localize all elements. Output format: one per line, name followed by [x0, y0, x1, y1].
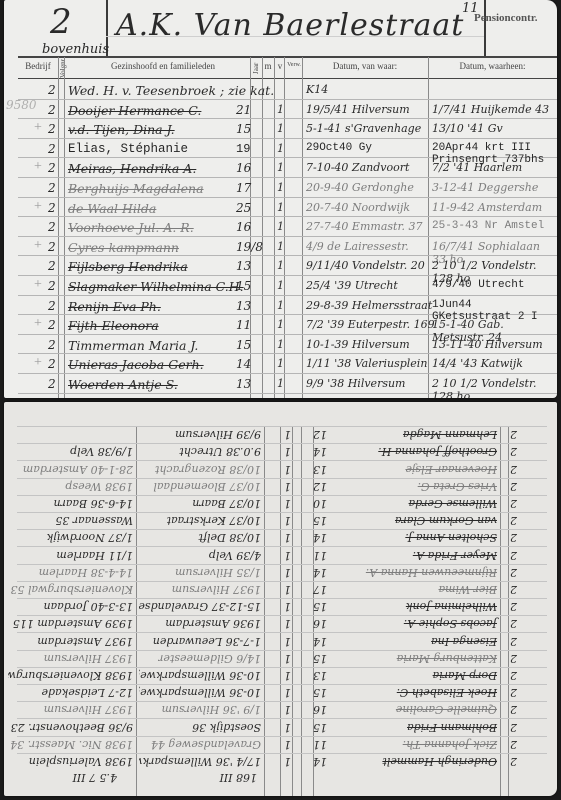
date-to: 11-9-42 Amsterdam: [432, 201, 542, 214]
date-from: 9/9 '38 Hilversum: [306, 377, 406, 390]
resident-name: v.d. Tijen, Dina J.: [68, 122, 175, 137]
date-to: 9/36 Beethovenstr. 23 III: [8, 721, 133, 734]
resident-name: Renijn Eva Ph.: [68, 299, 161, 314]
resident-age: 14: [313, 445, 327, 458]
resident-sex: 1: [284, 514, 291, 527]
column-header-m: m: [262, 61, 274, 71]
resident-age: 13: [313, 463, 327, 476]
resident-sex: 1: [277, 142, 284, 155]
house-floor: bovenhuis: [42, 42, 109, 57]
resident-sex: 1: [284, 600, 291, 613]
row-rule: [17, 460, 547, 461]
grid-line: [262, 57, 263, 398]
column-header-jaar: Jaar: [252, 57, 260, 79]
date-to: 1937 Amsterdam: [37, 635, 133, 648]
resident-count: 2: [48, 161, 56, 175]
resident-sex: 1: [284, 566, 291, 579]
resident-sex: 1: [277, 279, 284, 292]
resident-count: 2: [48, 318, 56, 332]
resident-name: Groothoff Johanna H.: [378, 445, 497, 458]
date-from: 25/4 '39 Utrecht: [306, 279, 398, 292]
date-to: Kloveniersburgwal 53 III: [8, 583, 133, 596]
resident-count: 2: [510, 721, 517, 734]
grid-line: [508, 426, 509, 796]
grid-line: [428, 57, 429, 398]
resident-sex: 1: [277, 299, 284, 312]
resident-age: 13: [236, 299, 251, 313]
back-card-content-upside-down: 2Ouderingh Hammelt14117/4 '36 Willemspar…: [4, 402, 557, 796]
resident-count: 2: [48, 377, 56, 391]
date-to: 1/37 Noordwijk: [47, 531, 133, 544]
resident-age: 14: [313, 755, 327, 768]
resident-count: 2: [510, 463, 517, 476]
resident-name: Willemse Gerda: [409, 497, 497, 510]
row-rule: [18, 118, 557, 119]
cancel-cross-mark: +: [34, 159, 42, 175]
resident-count: 2: [48, 338, 56, 352]
resident-count: 2: [510, 583, 517, 596]
resident-count: 2: [510, 669, 517, 682]
resident-age: 11: [313, 549, 327, 562]
resident-name: Slagmaker Wilhelmina C.H.: [68, 279, 244, 294]
date-from: 15-12-37 Gravelandseweg 46: [139, 600, 261, 613]
resident-name: Dooijer Hermance C.: [68, 103, 201, 118]
resident-name: Hoek Elisabeth C.: [397, 686, 497, 699]
row-rule: [17, 546, 547, 547]
resident-name: Eisenga Ina: [431, 635, 497, 648]
date-from: 20-9-40 Gerdonghe: [306, 181, 414, 194]
date-to: 1937 Hilversum: [44, 703, 133, 716]
resident-name: Berghuijs Magdalena: [68, 181, 204, 196]
date-to: 14/4 '43 Katwijk: [432, 357, 523, 370]
row-rule: [18, 177, 557, 178]
resident-name: de Waal Hilda: [68, 201, 156, 216]
resident-age: 15: [236, 122, 251, 136]
row-rule: [18, 197, 557, 198]
date-from-note: 168 III: [219, 771, 257, 784]
row-rule: [17, 495, 547, 496]
date-to: 1939 Amsterdam 115: [13, 617, 133, 630]
row-rule: [18, 353, 557, 354]
date-from: 1-7-36 Leeuwarden: [153, 635, 261, 648]
date-to: 1/11 Haarlem: [56, 549, 133, 562]
resident-name: Jacobs Sophie A.: [404, 617, 497, 630]
resident-sex: 1: [277, 103, 284, 116]
date-from: 7/2 '39 Euterpestr. 169: [306, 318, 435, 331]
date-to: 7/2 '41 Haarlem: [432, 161, 522, 174]
cancel-cross-mark: +: [34, 316, 42, 332]
row-rule: [17, 736, 547, 737]
grid-line: [292, 426, 293, 796]
resident-count: 2: [48, 240, 56, 254]
header-divider: [484, 0, 486, 56]
date-to: Wassenaar 35: [55, 514, 133, 527]
date-from: 14/6 Gildemeester: [158, 652, 261, 665]
resident-sex: 1: [284, 669, 291, 682]
date-from: 4/9 de Lairessestr.: [306, 240, 409, 253]
cancel-cross-mark: +: [34, 120, 42, 136]
date-from: 1936 Amsterdam: [165, 617, 261, 630]
resident-count: 2: [510, 531, 517, 544]
resident-age: 15: [236, 279, 251, 293]
date-to: 1937 Hilversum: [44, 652, 133, 665]
date-from: 9/11/40 Vondelstr. 20: [306, 259, 425, 272]
resident-count: 2: [510, 738, 517, 751]
resident-age: 16: [313, 617, 327, 630]
resident-name: Fijlsberg Hendrika: [68, 259, 188, 274]
resident-age: 10: [313, 497, 327, 510]
date-to-note: 4.5 7 III: [72, 771, 117, 784]
resident-name: Meyer Frida A.: [413, 549, 497, 562]
resident-name: Meiras, Hendrika A.: [68, 161, 196, 176]
resident-age: 25: [236, 201, 251, 215]
cancel-cross-mark: +: [34, 238, 42, 254]
column-header-verw: Verw.: [285, 62, 303, 68]
row-rule: [17, 718, 547, 719]
row-rule: [18, 373, 557, 374]
resident-name: Fijth Eleonora: [68, 318, 159, 333]
resident-sex: 1: [284, 463, 291, 476]
resident-age: 14: [313, 635, 327, 648]
resident-name: Rijnmeeuwen Hanna A.: [366, 566, 497, 579]
resident-age: 16: [313, 703, 327, 716]
date-to: 1/9/38 Velp: [70, 445, 133, 458]
cancel-cross-mark: +: [34, 199, 42, 215]
row-rule: [17, 564, 547, 565]
date-from: 10/37 Bloemendaal: [153, 480, 261, 493]
date-from: Gravelandseweg 44: [151, 738, 261, 751]
resident-count: 2: [48, 259, 56, 273]
resident-sex: 1: [284, 755, 291, 768]
resident-sex: 1: [284, 703, 291, 716]
resident-count: 2: [48, 122, 56, 136]
row-rule: [17, 701, 547, 702]
resident-count: 2: [510, 514, 517, 527]
resident-sex: 1: [284, 738, 291, 751]
resident-age: 14: [236, 357, 251, 371]
row-rule: [18, 216, 557, 217]
row-rule: [18, 236, 557, 237]
date-to: 12-7 Leidsekade: [41, 686, 133, 699]
resident-sex: 1: [277, 338, 284, 351]
resident-name: Bier Wima: [439, 583, 498, 596]
resident-age: 15: [313, 652, 327, 665]
resident-name: Wilhelmina Jonk: [406, 600, 497, 613]
registration-card-front: 2 bovenhuis A.K. Van Baerlestraat 11 Pen…: [4, 0, 557, 398]
date-to: 1938 Nic. Maesstr. 34: [10, 738, 133, 751]
resident-age: 17: [313, 583, 327, 596]
resident-sex: 1: [277, 240, 284, 253]
row-rule: [17, 667, 547, 668]
row-rule: [18, 99, 557, 100]
resident-name: Hoevenaar Elsje: [405, 463, 497, 476]
resident-sex: 1: [277, 318, 284, 331]
resident-name: Zick Johanna Th.: [403, 738, 497, 751]
cancel-cross-mark: +: [34, 277, 42, 293]
resident-count: 2: [510, 480, 517, 493]
row-rule: [17, 529, 547, 530]
resident-sex: 1: [277, 259, 284, 272]
grid-line: [58, 57, 59, 398]
column-header-datum-van: Datum, van waar:: [304, 61, 426, 71]
date-from: K14: [306, 83, 328, 96]
resident-name: Bohlmann Frida: [407, 721, 497, 734]
resident-sex: 1: [284, 497, 291, 510]
grid-line: [264, 426, 265, 796]
column-header-datum-naar: Datum, waarheen:: [428, 61, 557, 71]
resident-name: Timmerman Maria J.: [68, 338, 198, 353]
resident-age: 14: [313, 531, 327, 544]
resident-sex: 1: [284, 652, 291, 665]
resident-name: Dorp Maria: [433, 669, 497, 682]
row-rule: [17, 684, 547, 685]
resident-count: 2: [48, 220, 56, 234]
date-to: 13-3-40 Jordaan: [44, 600, 133, 613]
resident-sex: 1: [277, 161, 284, 174]
resident-count: 2: [510, 428, 517, 441]
resident-sex: 1: [277, 181, 284, 194]
date-from: 29Oct40 Gy: [306, 142, 372, 154]
date-from: 10-1-39 Hilversum: [306, 338, 410, 351]
date-to: 14-6-36 Baarn: [54, 497, 133, 510]
grid-line: [284, 57, 285, 398]
grid-line: [136, 426, 137, 796]
resident-sex: 1: [284, 721, 291, 734]
date-from: 10/37 Baarn: [192, 497, 261, 510]
date-from: 27-7-40 Emmastr. 37: [306, 220, 422, 233]
resident-age: 15: [313, 721, 327, 734]
grid-line: [280, 426, 281, 796]
resident-name: Quimelle Caroline: [396, 703, 497, 716]
resident-age: 15: [236, 338, 251, 352]
resident-sex: 1: [277, 220, 284, 233]
resident-name: Woerden Antje S.: [68, 377, 178, 392]
resident-name: van Gorkum Clara: [395, 514, 497, 527]
resident-sex: 1: [277, 377, 284, 390]
date-to: 4/9/40 Utrecht: [432, 279, 524, 291]
row-rule: [17, 478, 547, 479]
resident-age: 17: [236, 181, 251, 195]
resident-age: 15: [313, 686, 327, 699]
resident-count: 2: [48, 279, 56, 293]
resident-count: 2: [510, 549, 517, 562]
resident-name: Wed. H. v. Teesenbroek ; zie kat.: [68, 83, 274, 98]
date-from: 1/35 Hilversum: [175, 566, 261, 579]
row-rule: [17, 650, 547, 651]
resident-count: 2: [48, 357, 56, 371]
date-to: 1938 Weesp: [65, 480, 133, 493]
row-rule: [17, 426, 547, 427]
grid-line: [302, 57, 303, 398]
registration-card-back: 2Ouderingh Hammelt14117/4 '36 Willemspar…: [4, 402, 557, 796]
date-from: 1/11 '38 Valeriusplein: [306, 357, 427, 370]
date-to: 3-12-41 Deggershe: [432, 181, 538, 194]
row-rule: [17, 615, 547, 616]
resident-age: 19/8: [236, 240, 263, 254]
date-from: 29-8-39 Helmersstraat: [306, 299, 432, 312]
date-from: 10/37 Kerkstraat: [167, 514, 261, 527]
date-to: 28-1-40 Amsterdam: [23, 463, 133, 476]
resident-age: 19: [236, 142, 250, 156]
date-to: 2 10 1/2 Vondelstr. 128 ho: [432, 377, 557, 398]
resident-name: Unieras Jacoba Gerh.: [68, 357, 204, 372]
date-from: 10-36 Willemsparkweg 149: [139, 669, 261, 682]
date-to: 13-11-40 Hilversum: [432, 338, 543, 351]
pension-control-label: Pensioncontr.: [474, 12, 537, 24]
resident-count: 2: [48, 299, 56, 313]
date-to: 14-4-38 Haarlem: [39, 566, 133, 579]
resident-count: 2: [510, 635, 517, 648]
resident-sex: 1: [277, 122, 284, 135]
resident-sex: 1: [284, 480, 291, 493]
date-from: 4/39 Velp: [209, 549, 261, 562]
resident-count: 2: [48, 201, 56, 215]
date-to: 25-3-43 Nr Amstel: [432, 220, 544, 232]
resident-count: 2: [510, 600, 517, 613]
date-from: 19/5/41 Hilversum: [306, 103, 410, 116]
resident-age: 16: [236, 220, 251, 234]
resident-age: 15: [313, 600, 327, 613]
row-rule: [18, 295, 557, 296]
date-from: 5-1-41 s'Gravenhage: [306, 122, 421, 135]
date-from: 17/4 '36 Willemsparkweg: [139, 755, 261, 768]
date-from: 10/38 Delft: [198, 531, 261, 544]
column-header-rule: [18, 78, 557, 79]
resident-name: Scholten Anna J.: [405, 531, 497, 544]
resident-sex: 1: [284, 531, 291, 544]
date-from: 9.0.38 Utrecht: [179, 445, 261, 458]
resident-age: 13: [236, 377, 251, 391]
street-name: A.K. Van Baerlestraat: [116, 8, 464, 43]
resident-name: Cyres-kampmann: [68, 240, 179, 255]
resident-count: 2: [510, 445, 517, 458]
date-from: 1937 Hilversum: [172, 583, 261, 596]
resident-sex: 1: [284, 549, 291, 562]
row-rule: [17, 753, 547, 754]
resident-sex: 1: [284, 617, 291, 630]
date-from: 10-36 Willemsparkweg 149: [139, 686, 261, 699]
row-rule: [17, 632, 547, 633]
grid-line: [500, 426, 501, 796]
cancel-cross-mark: +: [34, 355, 42, 371]
row-rule: [18, 138, 557, 139]
column-header-gezinshoofd: Gezinshoofd en familieleden: [66, 61, 260, 71]
margin-note: 9580: [6, 98, 37, 112]
date-to: 1938 Valeriusplein: [29, 755, 133, 768]
resident-count: 2: [510, 686, 517, 699]
date-from: 9/39 Hilversum: [175, 428, 261, 441]
resident-count: 2: [510, 617, 517, 630]
resident-count: 2: [48, 103, 56, 117]
resident-age: 13: [236, 259, 251, 273]
row-rule: [17, 598, 547, 599]
resident-name: Voorhoeve Jul. A. R.: [68, 220, 194, 235]
resident-count: 2: [510, 497, 517, 510]
resident-name: Elias, Stéphanie: [68, 142, 188, 156]
resident-sex: 1: [284, 445, 291, 458]
date-from: 1/9 '36 Hilversum: [162, 703, 262, 716]
resident-age: 14: [313, 566, 327, 579]
resident-age: 13: [313, 669, 327, 682]
grid-line: [274, 57, 275, 398]
resident-sex: 1: [284, 428, 291, 441]
resident-sex: 1: [277, 201, 284, 214]
grid-line: [64, 57, 65, 398]
house-number: 2: [50, 2, 72, 42]
resident-count: 2: [510, 703, 517, 716]
date-from: 20-7-40 Noordwijk: [306, 201, 410, 214]
resident-name: Vries Greta G.: [418, 480, 497, 493]
row-rule: [17, 581, 547, 582]
date-to: 13/10 '41 Gv: [432, 122, 503, 135]
grid-line: [301, 426, 302, 796]
date-from: Soestdijk 36: [192, 721, 261, 734]
resident-age: 21: [236, 103, 251, 117]
resident-age: 11: [236, 318, 251, 332]
resident-count: 2: [510, 755, 517, 768]
resident-sex: 1: [284, 583, 291, 596]
date-from: 10/38 Rozengracht: [155, 463, 261, 476]
date-from: 7-10-40 Zandvoort: [306, 161, 409, 174]
date-to: 1/7/41 Huijkemde 43: [432, 103, 549, 116]
resident-age: 16: [236, 161, 251, 175]
resident-age: 12: [313, 428, 327, 441]
resident-age: 11: [313, 738, 327, 751]
resident-age: 15: [313, 514, 327, 527]
resident-count: 2: [48, 142, 56, 156]
resident-count: 2: [510, 566, 517, 579]
resident-name: Lehmann Magda: [403, 428, 497, 441]
resident-count: 2: [48, 181, 56, 195]
column-header-bedrijf: Bedrijf: [18, 61, 58, 71]
resident-sex: 1: [277, 357, 284, 370]
row-rule: [17, 443, 547, 444]
resident-sex: 1: [284, 686, 291, 699]
date-to: 1938 Kloveniersburgwal 118 III: [8, 669, 133, 682]
resident-count: 2: [48, 83, 56, 97]
resident-count: 2: [510, 652, 517, 665]
resident-age: 12: [313, 480, 327, 493]
resident-sex: 1: [284, 635, 291, 648]
row-rule: [17, 512, 547, 513]
resident-name: Kattenburg Maria: [397, 652, 497, 665]
resident-name: Ouderingh Hammelt: [382, 755, 497, 768]
